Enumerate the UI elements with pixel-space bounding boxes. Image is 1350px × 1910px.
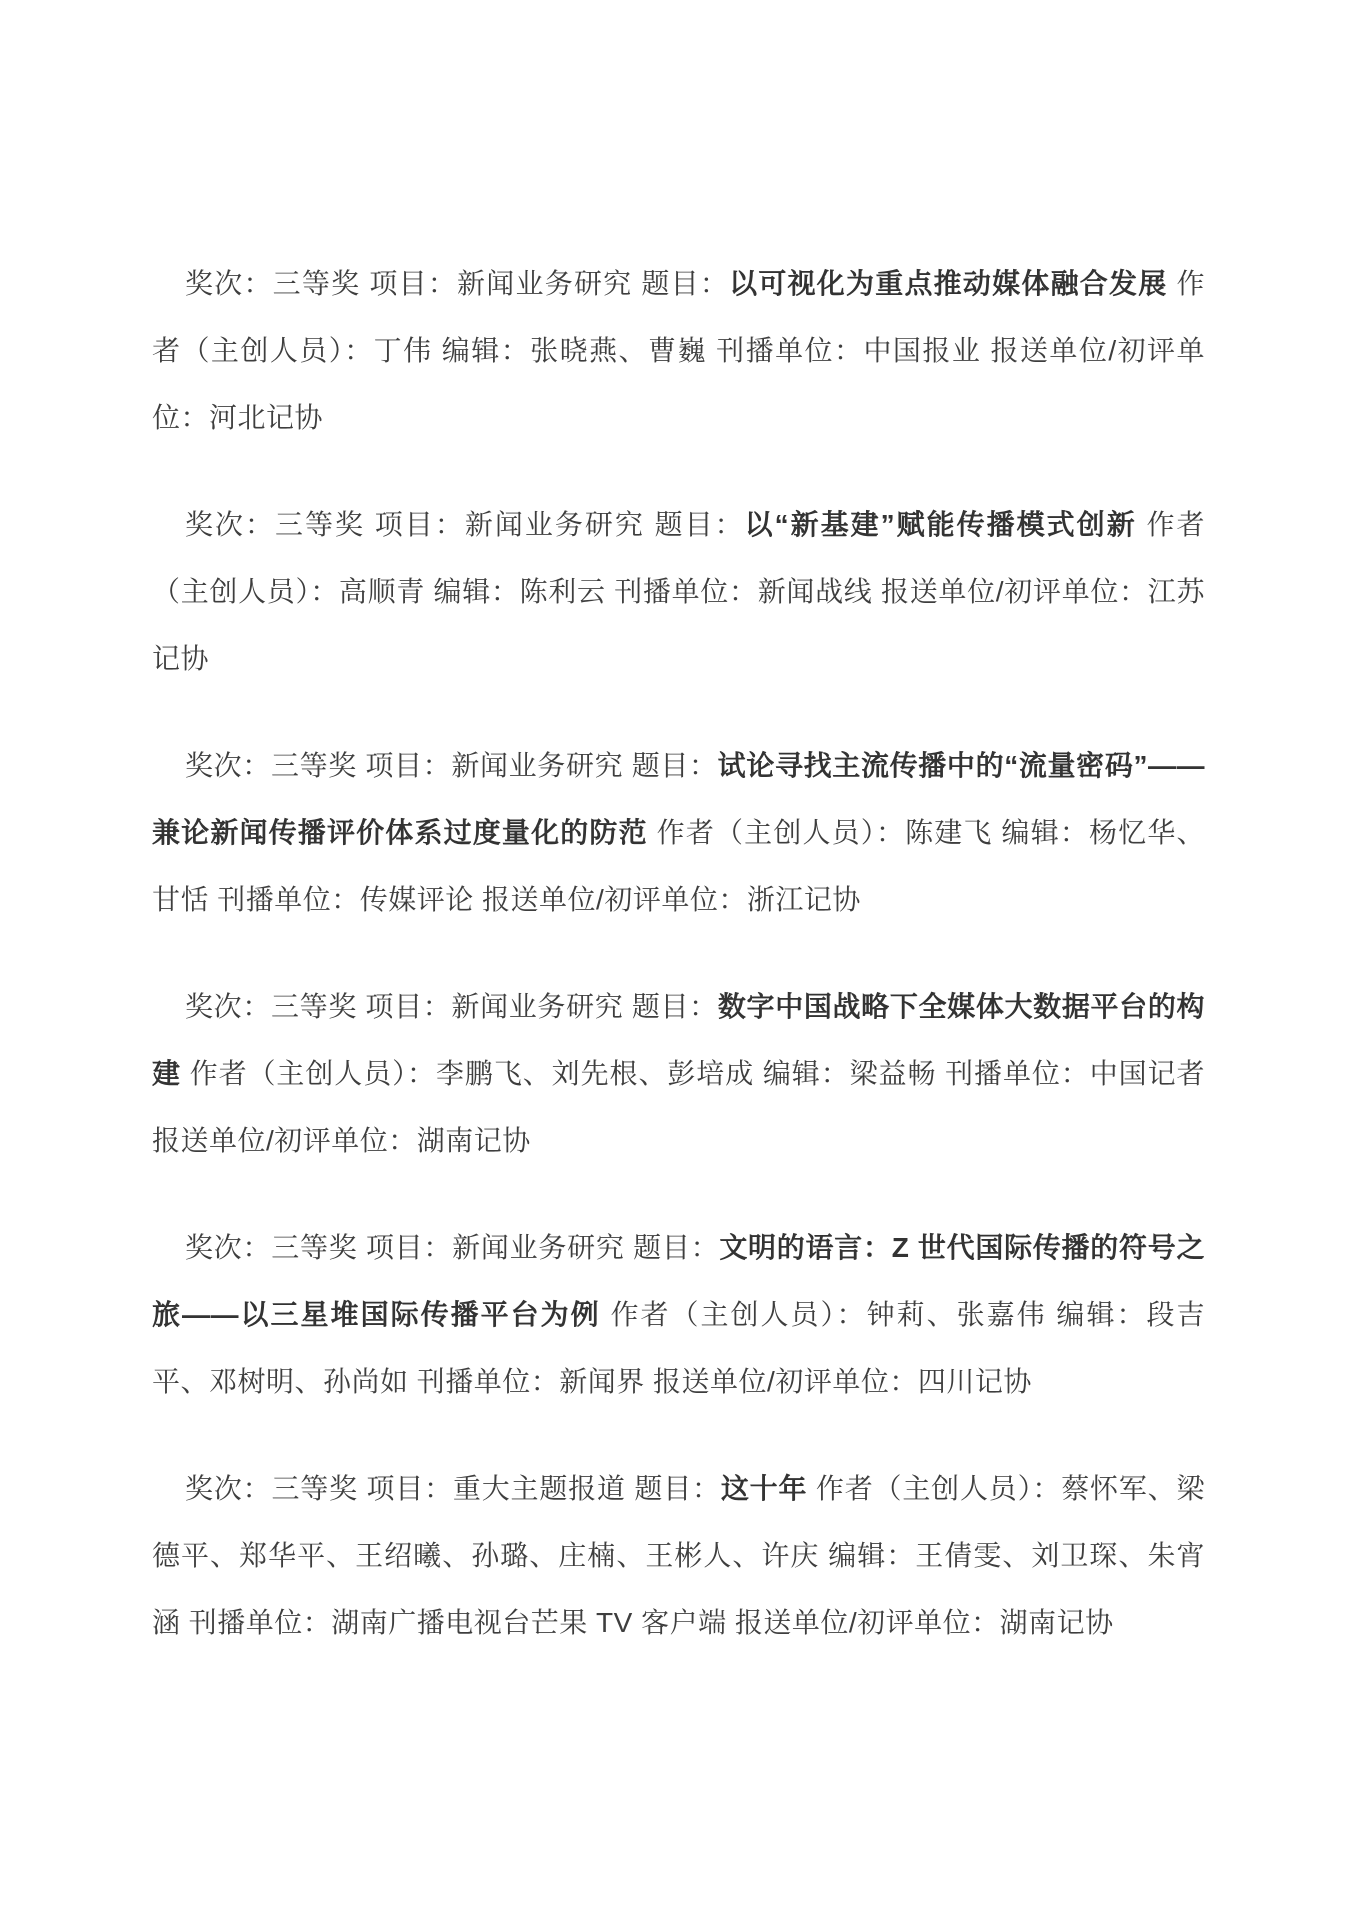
award-entry: 奖次：三等奖 项目：新闻业务研究 题目：试论寻找主流传播中的“流量密码”——兼论… xyxy=(152,732,1205,933)
entry-prefix: 奖次：三等奖 项目：新闻业务研究 题目： xyxy=(185,991,718,1022)
entry-prefix: 奖次：三等奖 项目：新闻业务研究 题目： xyxy=(185,509,745,540)
document-page: 奖次：三等奖 项目：新闻业务研究 题目：以可视化为重点推动媒体融合发展 作者（主… xyxy=(0,0,1350,1910)
award-entry: 奖次：三等奖 项目：新闻业务研究 题目：数字中国战略下全媒体大数据平台的构建 作… xyxy=(152,973,1205,1174)
entry-details: 作者（主创人员）：李鹏飞、刘先根、彭培成 编辑：梁益畅 刊播单位：中国记者 报送… xyxy=(152,1058,1205,1156)
award-entry: 奖次：三等奖 项目：新闻业务研究 题目：以可视化为重点推动媒体融合发展 作者（主… xyxy=(152,250,1205,451)
entry-prefix: 奖次：三等奖 项目：重大主题报道 题目： xyxy=(185,1473,721,1504)
award-entry: 奖次：三等奖 项目：重大主题报道 题目：这十年 作者（主创人员）：蔡怀军、梁德平… xyxy=(152,1455,1205,1656)
entry-title: 以“新基建”赋能传播模式创新 xyxy=(745,509,1137,540)
entry-prefix: 奖次：三等奖 项目：新闻业务研究 题目： xyxy=(185,750,718,781)
award-entry: 奖次：三等奖 项目：新闻业务研究 题目：文明的语言：Z 世代国际传播的符号之旅—… xyxy=(152,1214,1205,1415)
entry-title: 这十年 xyxy=(721,1473,807,1504)
award-list: 奖次：三等奖 项目：新闻业务研究 题目：以可视化为重点推动媒体融合发展 作者（主… xyxy=(152,250,1205,1656)
award-entry: 奖次：三等奖 项目：新闻业务研究 题目：以“新基建”赋能传播模式创新 作者（主创… xyxy=(152,491,1205,692)
entry-prefix: 奖次：三等奖 项目：新闻业务研究 题目： xyxy=(185,1232,719,1263)
entry-prefix: 奖次：三等奖 项目：新闻业务研究 题目： xyxy=(185,268,729,299)
entry-title: 以可视化为重点推动媒体融合发展 xyxy=(729,268,1167,299)
